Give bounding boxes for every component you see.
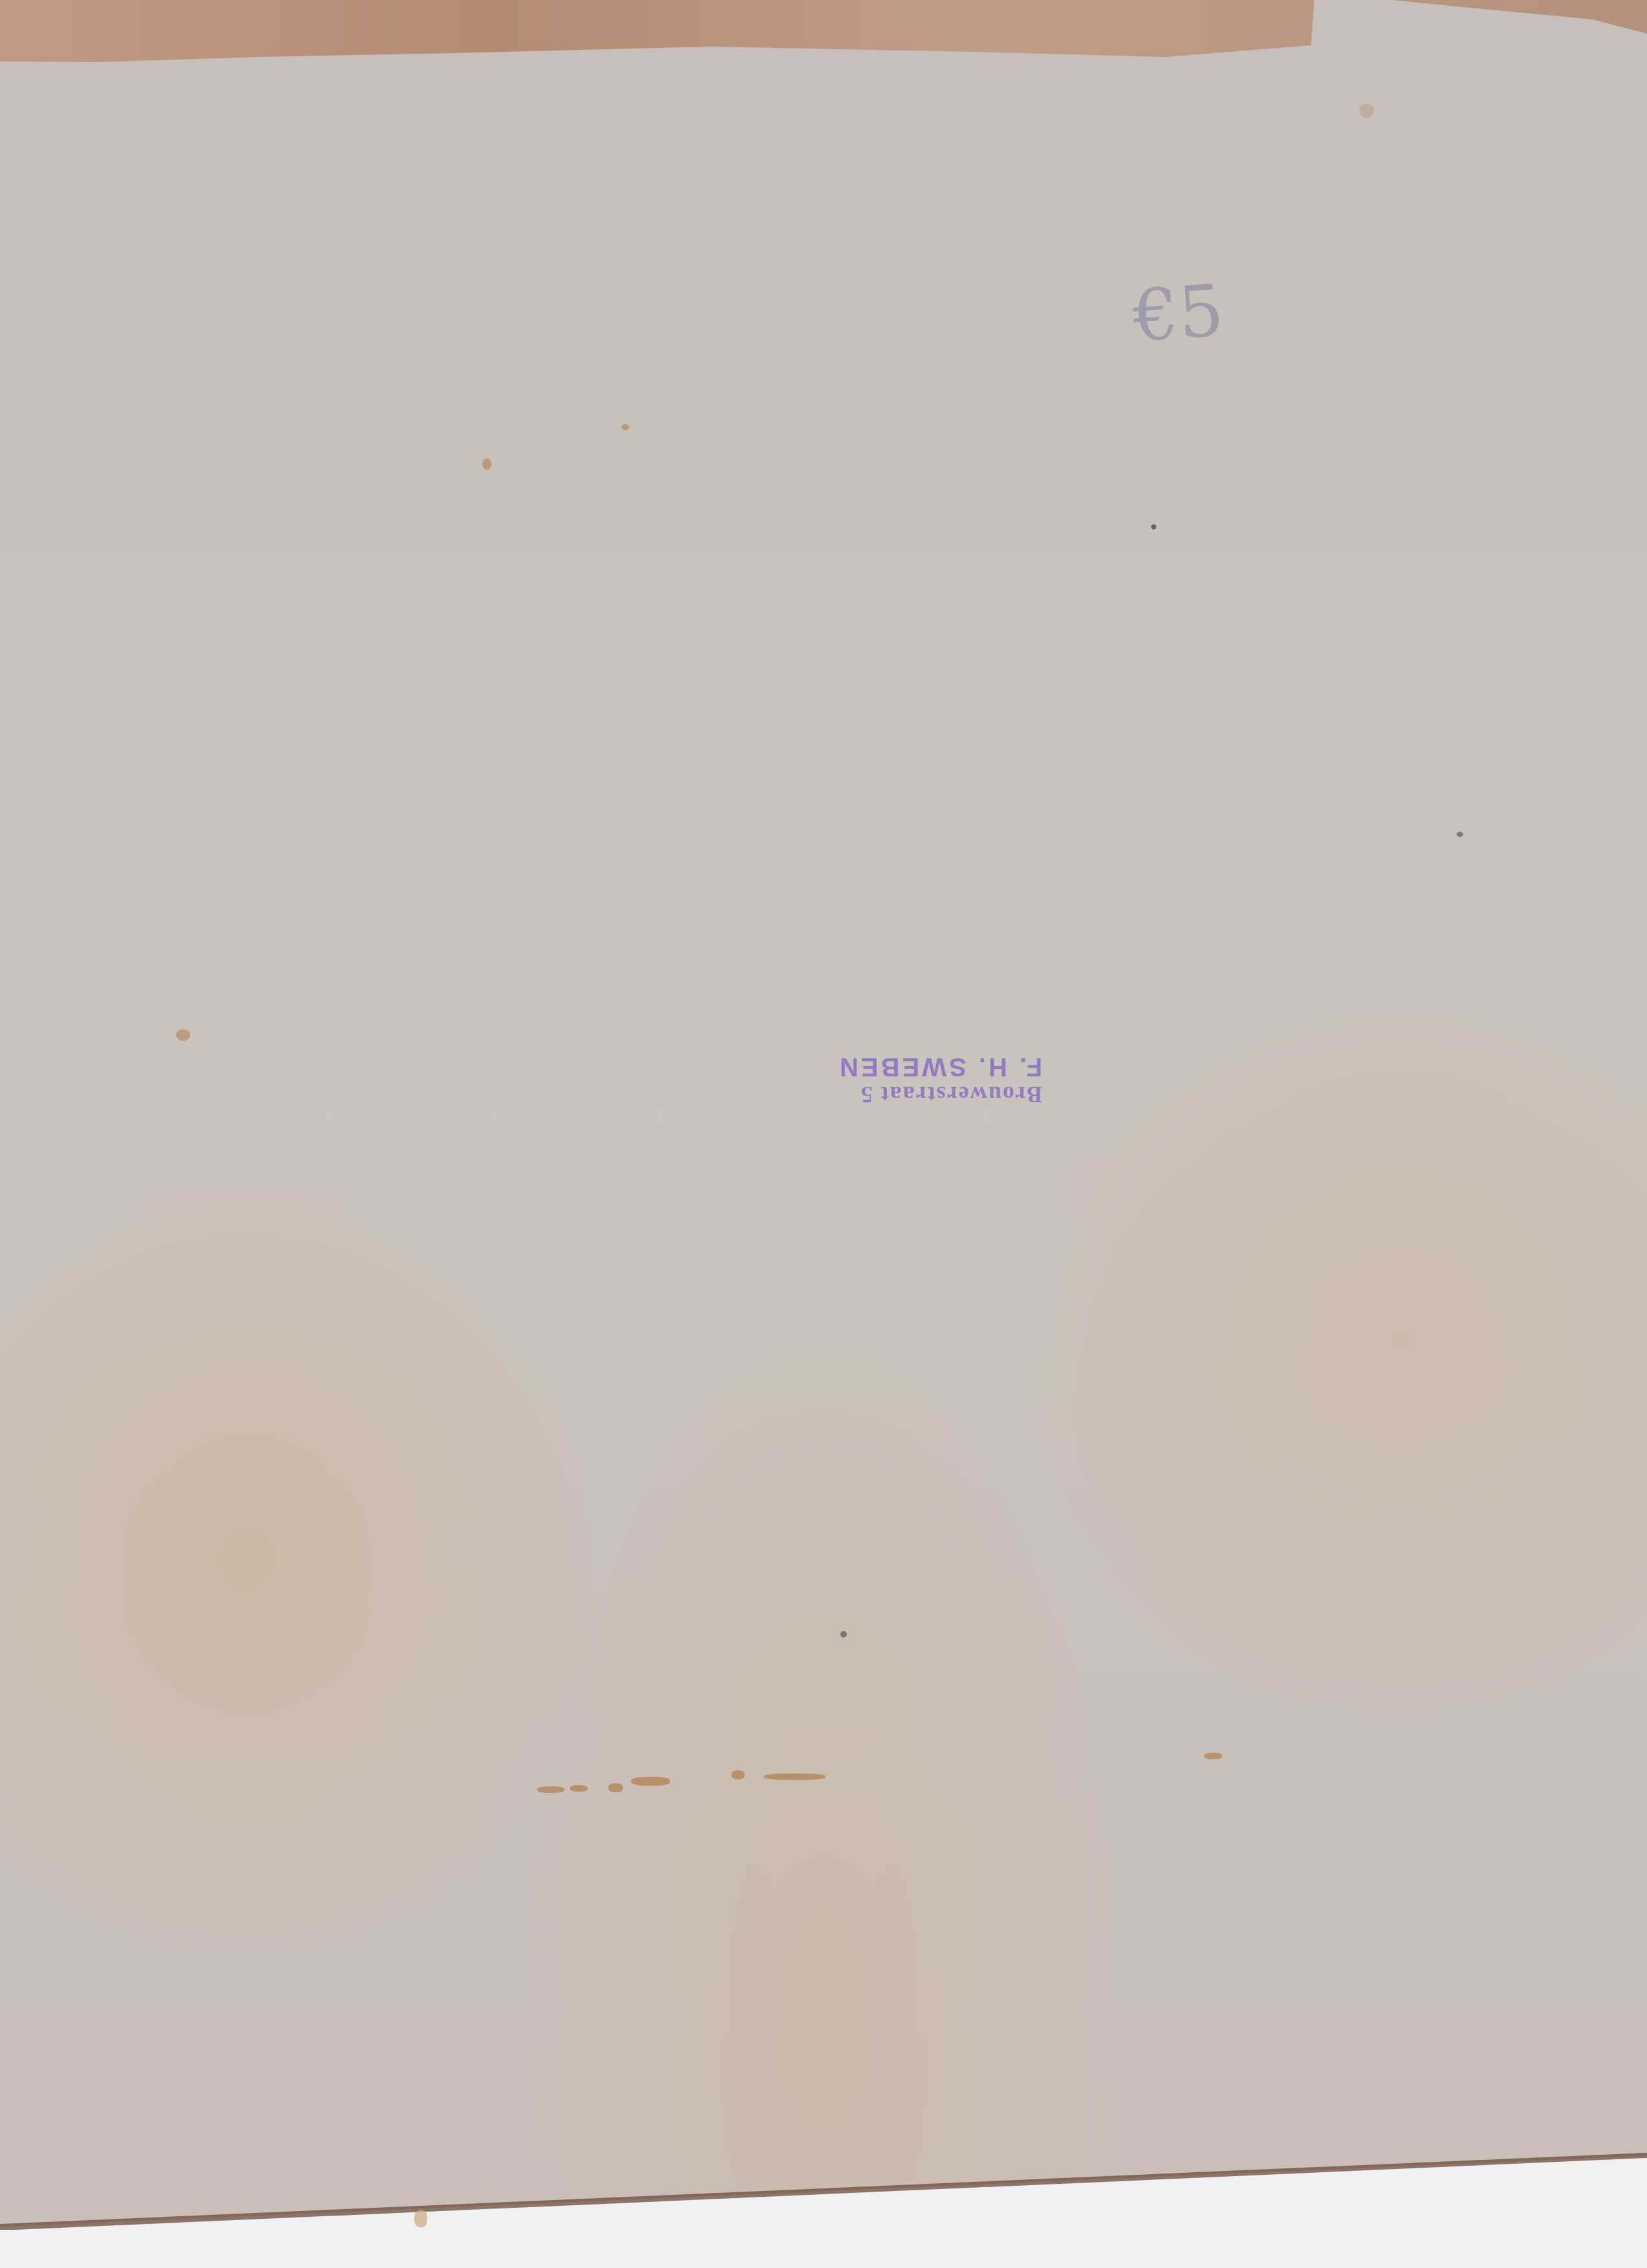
stain (570, 1785, 588, 1792)
stamp-name: F. H. SWEBEN (796, 1052, 1042, 1081)
stain (764, 1773, 825, 1780)
card-back (0, 0, 1647, 2227)
stain (631, 1777, 670, 1786)
foxing-spot (622, 424, 629, 430)
stain (414, 2210, 427, 2227)
stain (1204, 1753, 1222, 1759)
stain (609, 1783, 623, 1792)
photographer-stamp: Brouwerstraat 5 F. H. SWEBEN (796, 1052, 1042, 1112)
stamp-address: Brouwerstraat 5 (796, 1081, 1042, 1108)
stain (732, 1770, 745, 1779)
stain (537, 1786, 565, 1793)
foxing-spot (176, 1029, 190, 1041)
pencil-price-note: €5 (1130, 269, 1227, 357)
foxing-spot (482, 458, 491, 470)
foxing-spot (1360, 104, 1374, 118)
foxing-spot (1151, 524, 1156, 529)
foxing-spot (1457, 832, 1463, 837)
foxing-spot (840, 1631, 847, 1638)
